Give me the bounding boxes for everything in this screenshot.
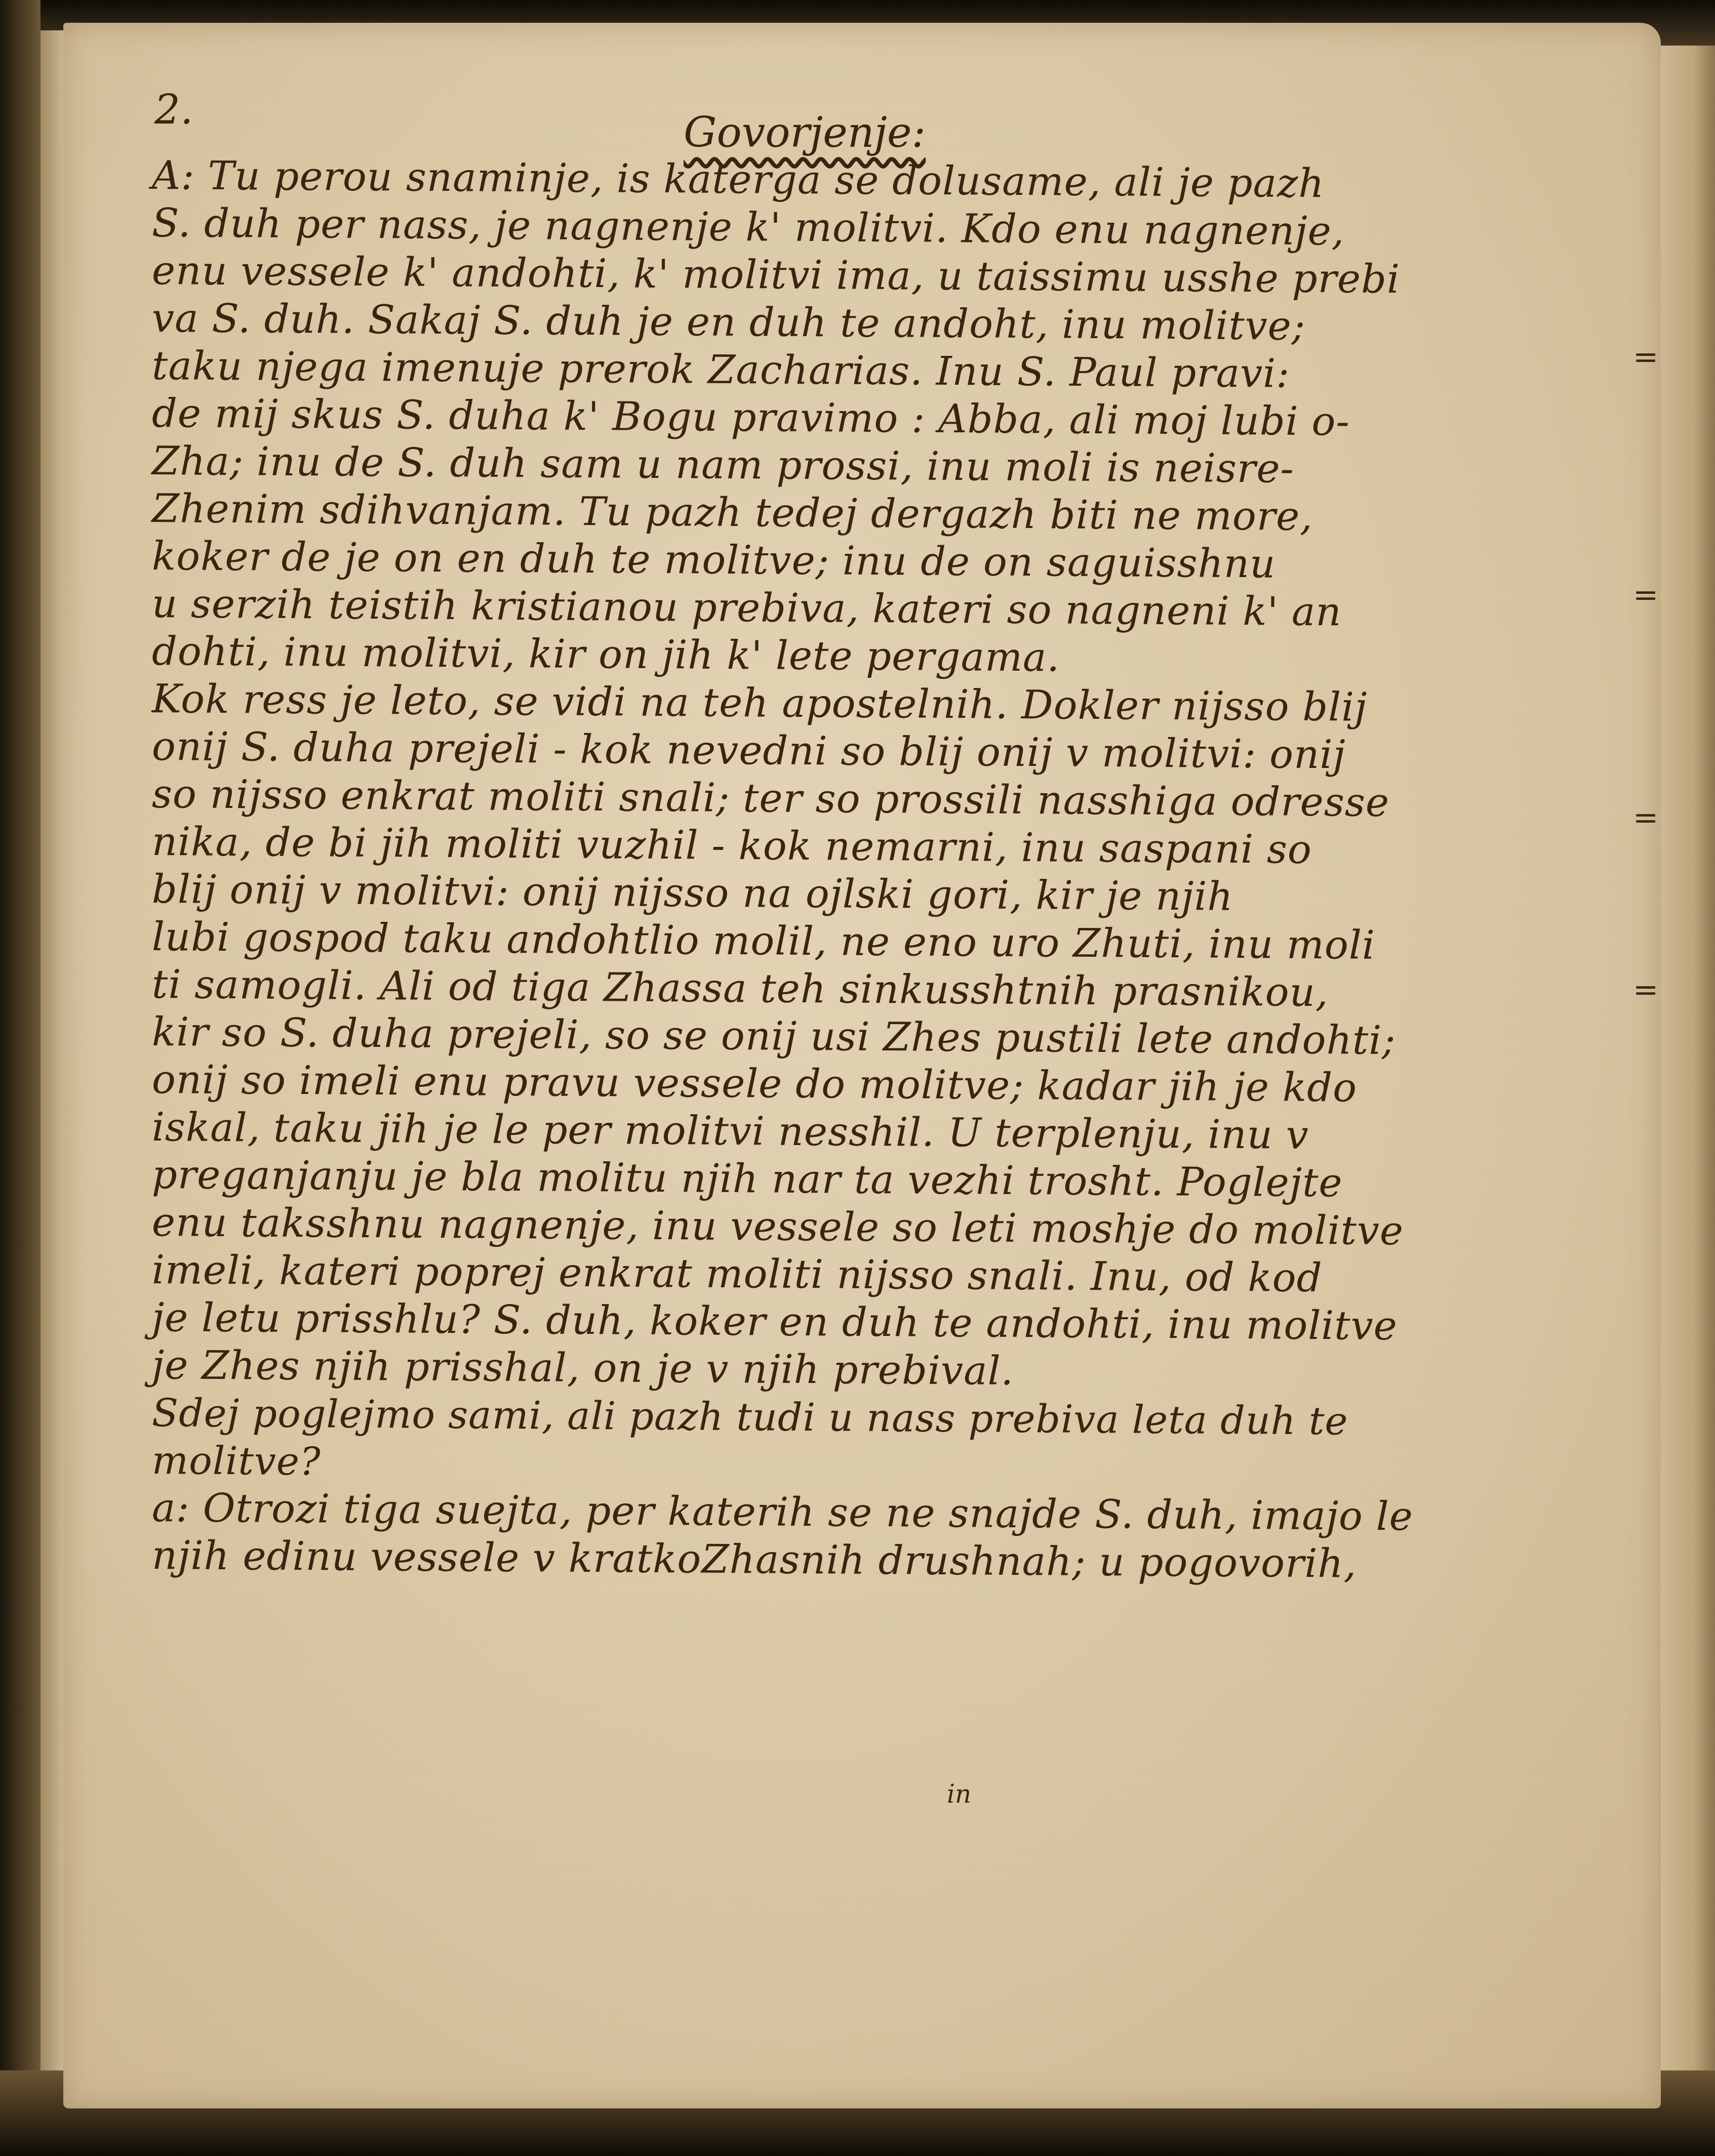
- book-spine-left: [0, 0, 41, 2156]
- margin-mark: =: [1633, 972, 1658, 1007]
- margin-mark: =: [1633, 800, 1658, 835]
- margin-mark: =: [1633, 339, 1658, 375]
- interlinear-insertion: in: [947, 1779, 971, 1809]
- page-stack-left-edge: [41, 30, 66, 2111]
- facing-page-edge-right: [1661, 46, 1715, 2096]
- margin-mark: =: [1633, 577, 1658, 613]
- manuscript-text-body: A: Tu perou snaminje, is katerga se dolu…: [152, 152, 1646, 1579]
- page-number: 2.: [154, 86, 193, 133]
- page-title: Govorjenje:: [684, 109, 926, 157]
